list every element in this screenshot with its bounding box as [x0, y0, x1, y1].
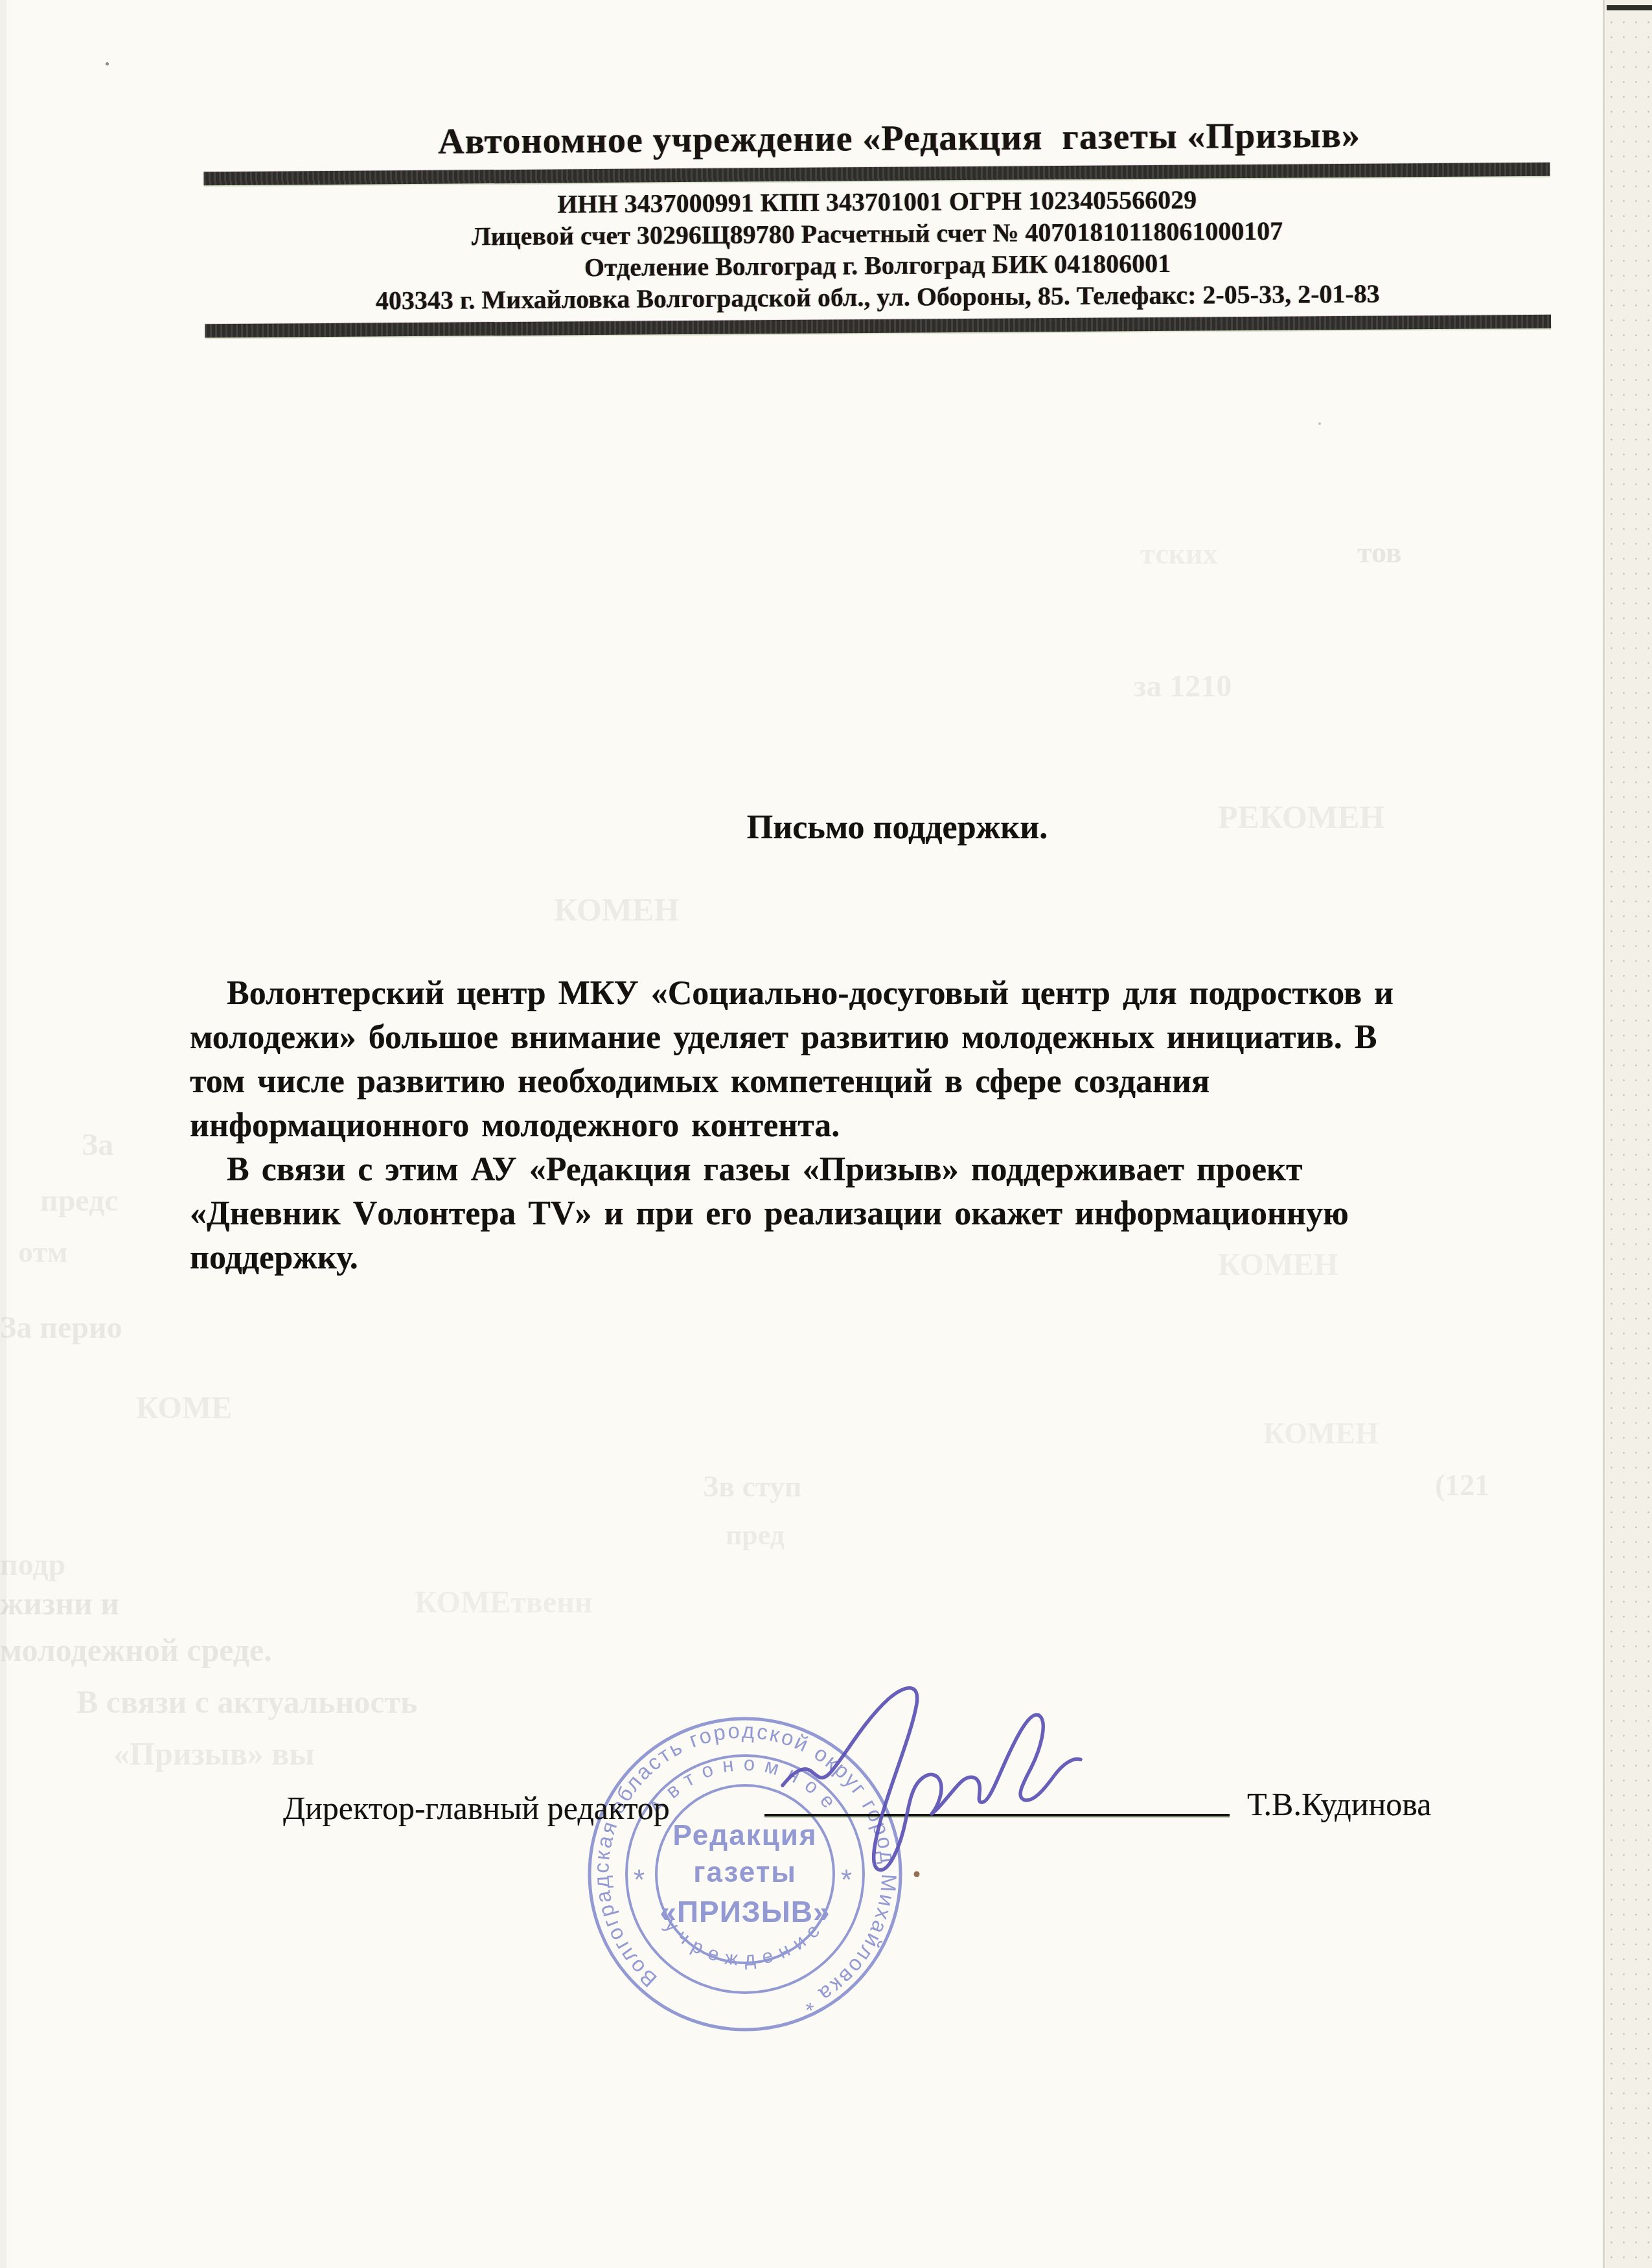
handwritten-signature [745, 1671, 1134, 1892]
ghost-fragment: тов [1357, 535, 1402, 569]
stamp-star-left: * [634, 1864, 645, 1896]
ghost-fragment: «Призыв» вы [113, 1735, 314, 1772]
signature-stroke [783, 1688, 1081, 1870]
ghost-fragment: Зв ступ [703, 1469, 802, 1504]
body-line: В связи с этим АУ «Редакция газеы «Призы… [190, 1148, 1486, 1192]
body-line: том числе развитию необходимых компетенц… [190, 1060, 1486, 1104]
ghost-fragment: молодежной среде. [0, 1631, 272, 1669]
ghost-fragment: В связи с актуальность [76, 1683, 418, 1721]
ghost-fragment: жизни и [0, 1585, 119, 1622]
letterhead-info: ИНН 3437000991 КПП 343701001 ОГРН 102340… [204, 181, 1551, 318]
scanned-letter-page: тскихтовза 1210РЕКОМЕНКОМЕНЗапредсотмЗа … [0, 0, 1652, 2268]
letter-body: Волонтерский центр МКУ «Социально-досуго… [190, 972, 1486, 1280]
organization-title: Автономное учреждение «Редакция газеты «… [203, 113, 1550, 165]
ghost-fragment: за 1210 [1134, 669, 1232, 704]
ghost-fragment: За [82, 1127, 113, 1163]
body-line: «Дневник Vолонтера TV» и при его реализа… [190, 1192, 1486, 1236]
ghost-fragment: За перио [0, 1310, 122, 1346]
body-line: поддержку. [190, 1236, 1486, 1280]
ghost-fragment: (121 [1435, 1468, 1489, 1502]
signer-role-label: Директор-главный редактор [283, 1789, 670, 1827]
letter-title: Письмо поддержки. [0, 808, 1652, 847]
ghost-fragment: КОМЕН [1263, 1416, 1379, 1450]
ghost-fragment: КОМЕН [554, 891, 679, 928]
body-line: молодежи» большое внимание уделяет разви… [190, 1016, 1486, 1060]
body-line: Волонтерский центр МКУ «Социально-досуго… [190, 972, 1486, 1016]
ghost-fragment: подр [0, 1547, 65, 1583]
ghost-fragment: КОМЕ [136, 1390, 232, 1426]
ink-dot [914, 1872, 920, 1877]
ghost-fragment: КОМЕтвенн [415, 1585, 592, 1620]
stamp-center-line-3: «ПРИЗЫВ» [660, 1895, 830, 1929]
ghost-fragment: тских [1140, 536, 1218, 571]
body-line: информационного молодежного контента. [190, 1104, 1486, 1148]
ghost-fragment: предс [40, 1183, 119, 1219]
letterhead: Автономное учреждение «Редакция газеты «… [203, 113, 1551, 338]
ghost-fragment: отм [18, 1235, 67, 1269]
signer-name: Т.В.Кудинова [1247, 1785, 1431, 1823]
ghost-fragment: пред [726, 1518, 785, 1552]
